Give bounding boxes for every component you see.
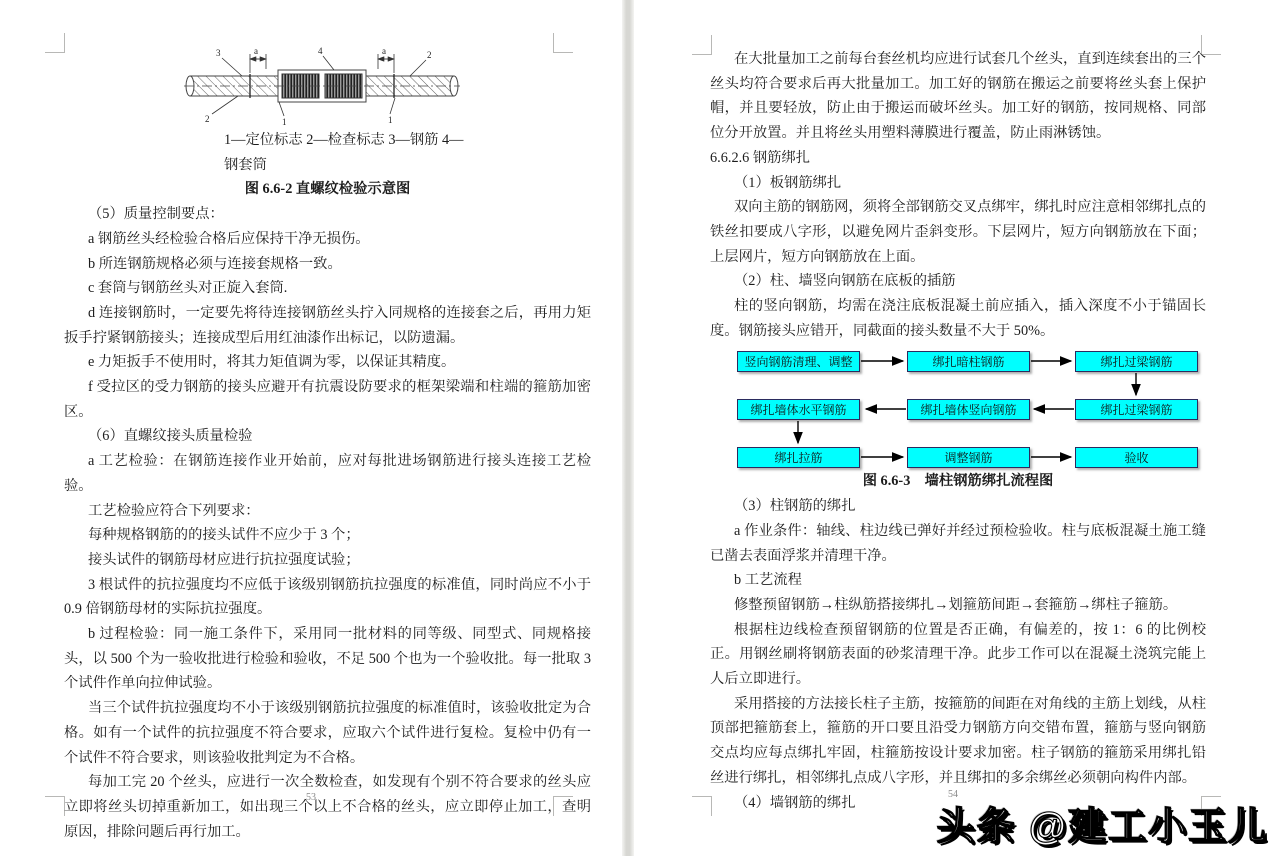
callout-1: 1 [282, 117, 287, 127]
paragraph: 3 根试件的抗拉强度均不应低于该级别钢筋抗拉强度的标准值，同时尚应不小于 0.9… [64, 573, 591, 622]
paragraph: 每种规格钢筋的的接头试件不应少于 3 个； [64, 523, 591, 548]
paragraph: 在大批量加工之前每台套丝机均应进行试套几个丝头，直到连续套出的三个丝头均符合要求… [710, 47, 1206, 146]
paragraph: e 力矩扳手不使用时，将其力矩值调为零，以保证其精度。 [64, 350, 591, 375]
callout-2: 2 [205, 114, 210, 124]
toutiao-watermark: 头条 @建工小玉儿 [936, 795, 1268, 850]
paragraph: 双向主筋的钢筋网，须将全部钢筋交叉点绑牢，绑扎时应注意相邻绑扎点的铁丝扣要成八字… [710, 195, 1206, 269]
paragraph: 修整预留钢筋→柱纵筋搭接绑扎→划箍筋间距→套箍筋→绑柱子箍筋。 [710, 593, 1206, 618]
paragraph: a 作业条件：轴线、柱边线已弹好并经过预检验收。柱与底板混凝土施工缝已凿去表面浮… [710, 519, 1206, 568]
rebar-tying-flowchart: 竖向钢筋清理、调整 绑扎暗柱钢筋 绑扎过梁钢筋 绑扎墙体水平钢筋 绑扎墙体竖向钢… [710, 351, 1198, 469]
paragraph: （1）板钢筋绑扎 [710, 171, 1206, 196]
section-heading: 6.6.2.6 钢筋绑扎 [710, 146, 1206, 171]
paragraph: 接头试件的钢筋母材应进行抗拉强度试验； [64, 548, 591, 573]
paragraph: （2）柱、墙竖向钢筋在底板的插筋 [710, 269, 1206, 294]
dim-label-a: a [382, 46, 386, 56]
dim-label-a: a [254, 46, 258, 56]
rebar-splice-diagram: a a 3 4 2 2 1 1 [182, 44, 462, 128]
flowchart-caption: 图 6.6-3 墙柱钢筋绑扎流程图 [710, 469, 1206, 494]
paragraph: c 套筒与钢筋丝头对正旋入套筒. [64, 276, 591, 301]
callout-3: 3 [216, 48, 221, 58]
crop-mark [692, 35, 712, 55]
figure-legend-line1: 1—定位标志 2—检查标志 3—钢筋 4— [224, 128, 591, 153]
callout-1: 1 [388, 115, 393, 125]
page-53-content: a a 3 4 2 2 1 1 1—定位标志 2—检查标志 3—钢筋 4— 钢套… [64, 40, 591, 844]
figure-caption: 图 6.6-2 直螺纹检验示意图 [64, 177, 591, 202]
crop-mark [45, 796, 65, 816]
paragraph: 柱的竖向钢筋，均需在浇注底板混凝土前应插入，插入深度不小于锚固长度。钢筋接头应错… [710, 294, 1206, 343]
paragraph: （3）柱钢筋的绑扎 [710, 494, 1206, 519]
paragraph: a 工艺检验：在钢筋连接作业开始前，应对每批进场钢筋进行接头连接工艺检验。 [64, 449, 591, 498]
figure-legend-line2: 钢套筒 [224, 153, 591, 178]
callout-4: 4 [318, 46, 323, 56]
callout-2: 2 [427, 50, 432, 60]
paragraph: d 连接钢筋时，一定要先将待连接钢筋丝头拧入同规格的连接套之后，再用力矩扳手拧紧… [64, 301, 591, 350]
paragraph: a 钢筋丝头经检验合格后应保持干净无损伤。 [64, 227, 591, 252]
paragraph: 当三个试件抗拉强度均不小于该级别钢筋抗拉强度的标准值时，该验收批定为合格。如有一… [64, 696, 591, 770]
paragraph: （5）质量控制要点： [64, 202, 591, 227]
paragraph: （6）直螺纹接头质量检验 [64, 424, 591, 449]
paragraph: 每加工完 20 个丝头，应进行一次全数检查，如发现有个别不符合要求的丝头应立即将… [64, 770, 591, 844]
crop-mark [692, 796, 712, 816]
paragraph: 采用搭接的方法接长柱子主筋，按箍筋的间距在对角线的主筋上划线，从柱顶部把箍筋套上… [710, 692, 1206, 791]
paragraph: b 所连钢筋规格必须与连接套规格一致。 [64, 252, 591, 277]
paragraph: b 过程检验：同一施工条件下，采用同一批材料的同等级、同型式、同规格接头，以 5… [64, 622, 591, 696]
page-54-content: 在大批量加工之前每台套丝机均应进行试套几个丝头，直到连续套出的三个丝头均符合要求… [710, 47, 1206, 815]
paragraph: f 受拉区的受力钢筋的接头应避开有抗震设防要求的框架梁端和柱端的箍筋加密区。 [64, 375, 591, 424]
page-divider [622, 0, 634, 856]
paragraph: b 工艺流程 [710, 568, 1206, 593]
flowchart-arrows [710, 351, 1198, 469]
crop-mark [45, 33, 65, 53]
paragraph: 工艺检验应符合下列要求： [64, 499, 591, 524]
paragraph: 根据柱边线检查预留钢筋的位置是否正确，有偏差的，按 1：6 的比例校正。用钢丝刷… [710, 618, 1206, 692]
page-number-53: 53 [306, 792, 316, 803]
